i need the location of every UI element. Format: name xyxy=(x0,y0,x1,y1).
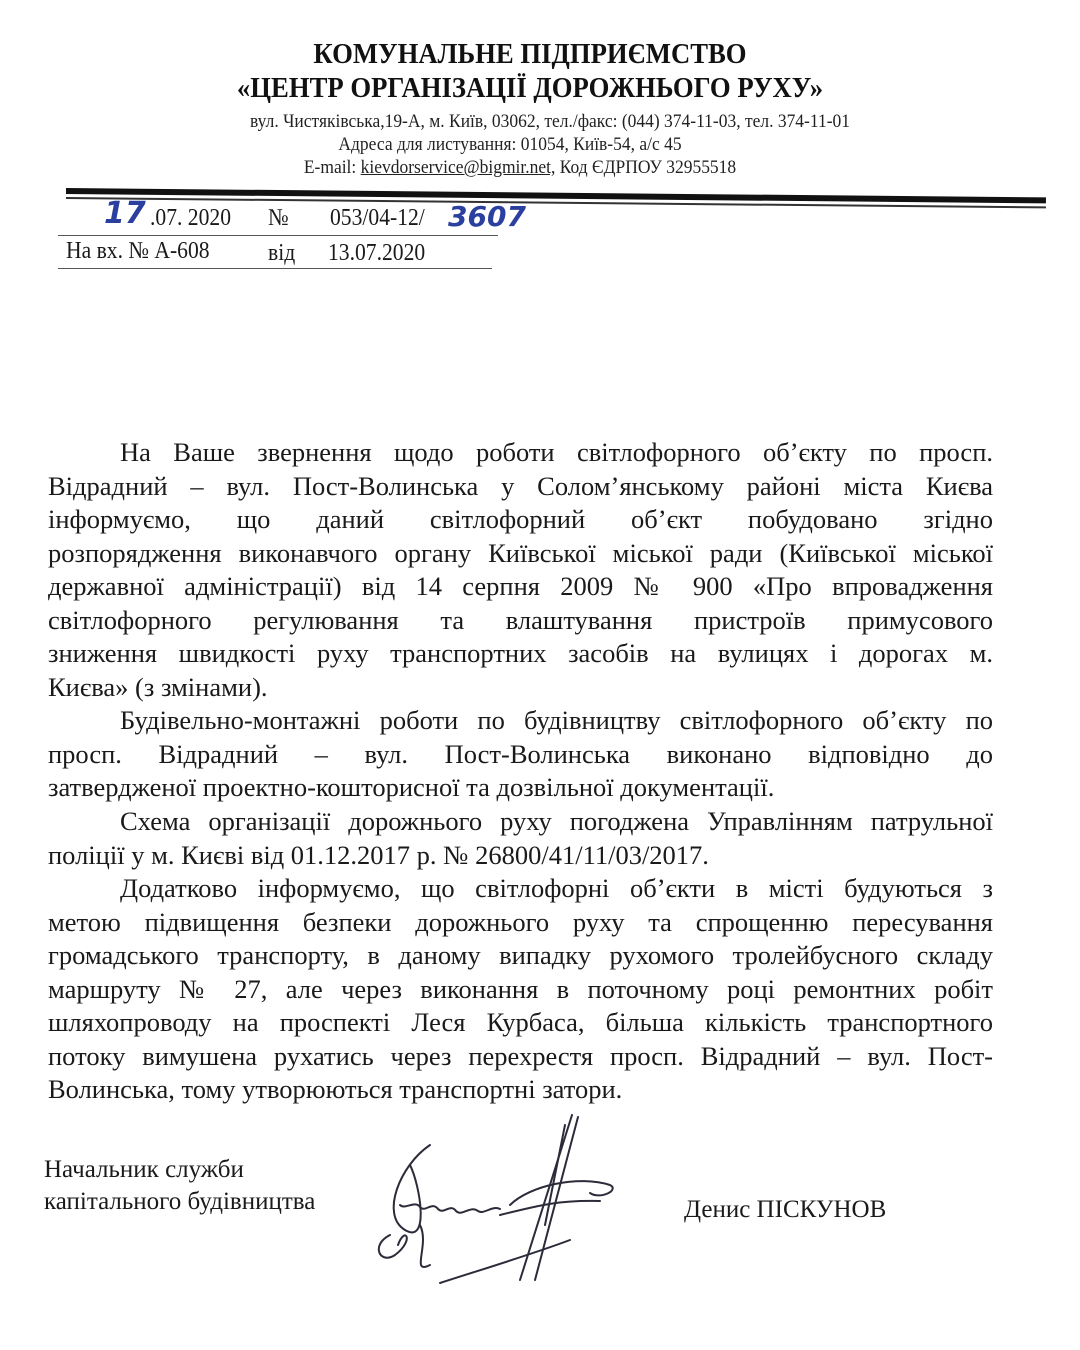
signer-name: Денис ПІСКУНОВ xyxy=(684,1196,886,1224)
org-name-heading: «ЦЕНТР ОРГАНІЗАЦІЇ ДОРОЖНЬОГО РУХУ» xyxy=(42,72,1017,105)
text-line: На Ваше звернення щодо роботи світлофорн… xyxy=(48,436,993,470)
text-line: Схема організації дорожнього руху погодж… xyxy=(48,805,993,839)
text-line: зниження швидкості руху транспортних зас… xyxy=(48,637,993,671)
text-line: Додатково інформуємо, що світлофорні об’… xyxy=(48,872,993,906)
text-line: просп. Відрадний – вул. Пост-Волинська в… xyxy=(48,738,993,772)
handwritten-number: 3607 xyxy=(448,200,526,234)
signer-position-line-2: капітального будівництва xyxy=(44,1188,315,1216)
handwritten-day: 17 xyxy=(104,196,146,231)
text-line: Києва» (з змінами). xyxy=(48,671,993,705)
outgoing-number-prefix: 053/04-12/ xyxy=(330,205,425,232)
org-address: вул. Чистяківська,19-А, м. Київ, 03062, … xyxy=(62,111,1037,133)
from-label: від xyxy=(268,240,295,267)
text-line: шляхопроводу на проспекті Леся Курбаса, … xyxy=(48,1006,993,1040)
email-link[interactable]: kievdorservice@bigmir.net, xyxy=(361,157,556,178)
text-line: світлофорного регулювання та влаштування… xyxy=(48,604,993,638)
text-line: інформуємо, що даний світлофорний об’єкт… xyxy=(48,503,993,537)
text-line: поліції у м. Києві від 01.12.2017 р. № 2… xyxy=(48,839,993,873)
registration-line-1 xyxy=(58,235,498,236)
edrpou-code: Код ЄДРПОУ 32955518 xyxy=(560,157,736,178)
number-label: № xyxy=(268,205,289,232)
paragraph-4: Додатково інформуємо, що світлофорні об’… xyxy=(48,872,993,1107)
paragraph-1: На Ваше звернення щодо роботи світлофорн… xyxy=(48,436,993,704)
text-line: маршруту № 27, але через виконання в пот… xyxy=(48,973,993,1007)
email-label: E-mail: xyxy=(304,157,356,178)
paragraph-3: Схема організації дорожнього руху погодж… xyxy=(48,805,993,872)
org-type-heading: КОМУНАЛЬНЕ ПІДПРИЄМСТВО xyxy=(42,38,1017,71)
text-line: потоку вимушена рухатись через перехрест… xyxy=(48,1040,993,1074)
signer-position-line-1: Начальник служби xyxy=(44,1156,244,1184)
incoming-date: 13.07.2020 xyxy=(328,240,425,267)
text-line: розпорядження виконавчого органу Київськ… xyxy=(48,537,993,571)
outgoing-date: .07. 2020 xyxy=(150,205,231,232)
text-line: громадського транспорту, в даному випадк… xyxy=(48,939,993,973)
text-line: Відрадний – вул. Пост-Волинська у Солом’… xyxy=(48,470,993,504)
text-line: Волинська, тому утворюються транспортні … xyxy=(48,1073,993,1107)
org-postal-address: Адреса для листування: 01054, Київ-54, а… xyxy=(22,134,997,156)
incoming-number: На вх. № А-608 xyxy=(66,238,210,265)
handwritten-signature-icon xyxy=(360,1105,620,1285)
text-line: Будівельно-монтажні роботи по будівництв… xyxy=(48,704,993,738)
text-line: затвердженої проектно-кошторисної та доз… xyxy=(48,771,993,805)
registration-line-2 xyxy=(58,268,492,269)
paragraph-2: Будівельно-монтажні роботи по будівництв… xyxy=(48,704,993,805)
org-contacts: E-mail: kievdorservice@bigmir.net, Код Є… xyxy=(32,157,1007,179)
text-line: державної адміністрації) від 14 серпня 2… xyxy=(48,570,993,604)
text-line: метою підвищення безпеки дорожнього руху… xyxy=(48,906,993,940)
